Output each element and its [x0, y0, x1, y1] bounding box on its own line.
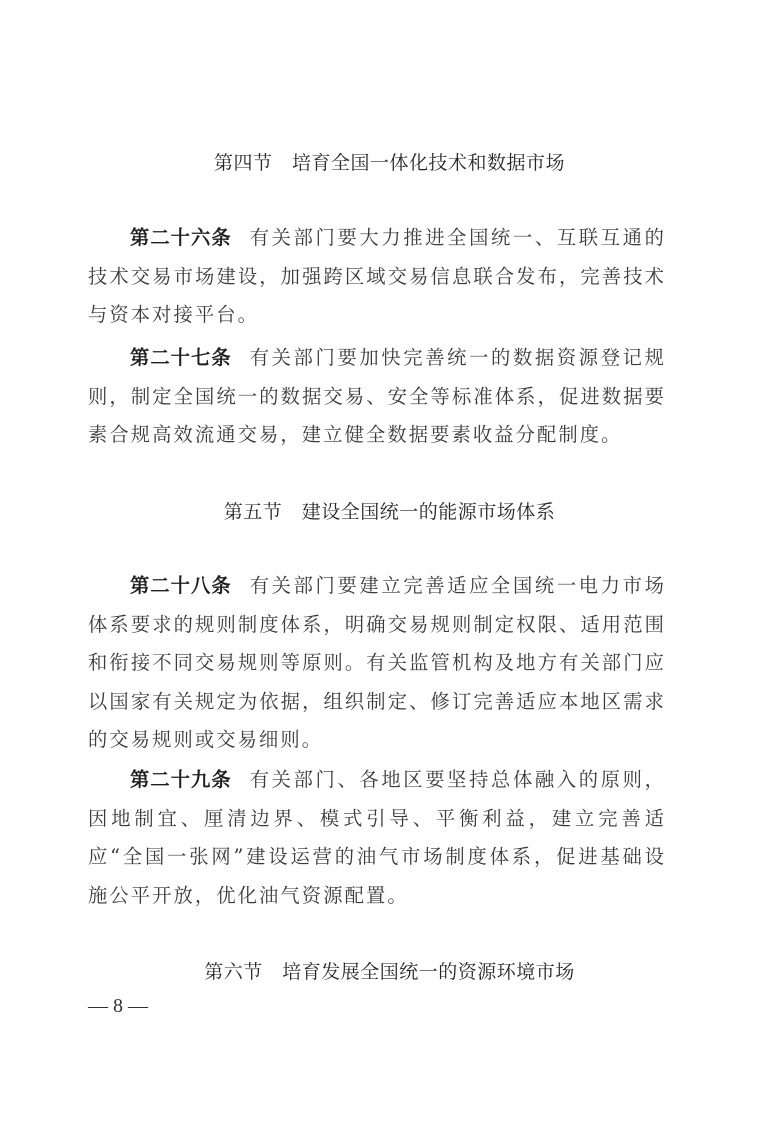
article-27: 第二十七条有关部门要加快完善统一的数据资源登记规则，制定全国统一的数据交易、安全…: [88, 339, 666, 455]
article-number: 第二十七条: [130, 346, 232, 369]
article-number: 第二十九条: [130, 768, 232, 791]
article-26: 第二十六条有关部门要大力推进全国统一、互联互通的技术交易市场建设，加强跨区域交易…: [88, 219, 666, 335]
article-text: 有关部门要建立完善适应全国统一电力市场体系要求的规则制度体系，明确交易规则制定权…: [88, 574, 666, 751]
article-29: 第二十九条有关部门、各地区要坚持总体融入的原则，因地制宜、厘清边界、模式引导、平…: [88, 761, 666, 915]
article-number: 第二十八条: [130, 574, 232, 597]
page-number: — 8 —: [88, 995, 148, 1018]
article-28: 第二十八条有关部门要建立完善适应全国统一电力市场体系要求的规则制度体系，明确交易…: [88, 567, 666, 760]
article-number: 第二十六条: [130, 226, 232, 249]
section-title-5: 第五节 建设全国统一的能源市场体系: [0, 497, 779, 524]
section-title-6: 第六节 培育发展全国统一的资源环境市场: [0, 957, 779, 984]
document-page: 第四节 培育全国一体化技术和数据市场 第二十六条有关部门要大力推进全国统一、互联…: [0, 0, 779, 1122]
section-title-4: 第四节 培育全国一体化技术和数据市场: [0, 148, 779, 175]
